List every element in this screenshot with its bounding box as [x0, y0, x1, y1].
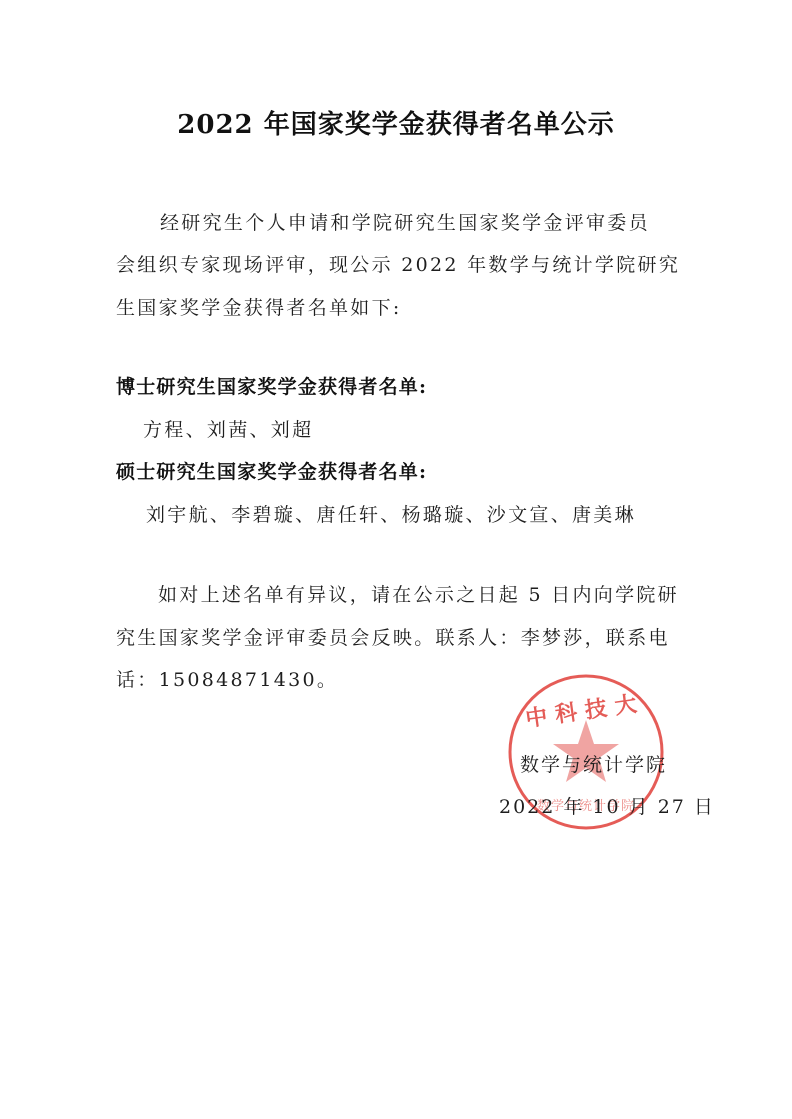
master-names: 刘宇航、李碧璇、唐任轩、杨璐璇、沙文宣、唐美琳 — [146, 500, 636, 527]
document-title: 2022 年国家奖学金获得者名单公示 — [0, 104, 792, 141]
signature-department: 数学与统计学院 — [520, 750, 667, 777]
notice-line-2: 究生国家奖学金评审委员会反映。联系人：李梦莎，联系电 — [116, 623, 670, 650]
master-heading: 硕士研究生国家奖学金获得者名单: — [116, 457, 427, 484]
phd-names: 方程、刘茜、刘超 — [143, 415, 313, 442]
intro-line-1: 经研究生个人申请和学院研究生国家奖学金评审委员 — [160, 208, 650, 235]
phd-heading: 博士研究生国家奖学金获得者名单: — [116, 372, 427, 399]
intro-line-3: 生国家奖学金获得者名单如下: — [116, 293, 402, 320]
notice-line-1: 如对上述名单有异议，请在公示之日起 5 日内向学院研 — [158, 580, 679, 607]
document-page: 2022 年国家奖学金获得者名单公示 经研究生个人申请和学院研究生国家奖学金评审… — [0, 0, 792, 1119]
signature-date: 2022 年 10 月 27 日 — [499, 792, 715, 819]
notice-line-3: 话：15084871430。 — [116, 665, 338, 692]
intro-line-2: 会组织专家现场评审，现公示 2022 年数学与统计学院研究 — [116, 250, 680, 277]
